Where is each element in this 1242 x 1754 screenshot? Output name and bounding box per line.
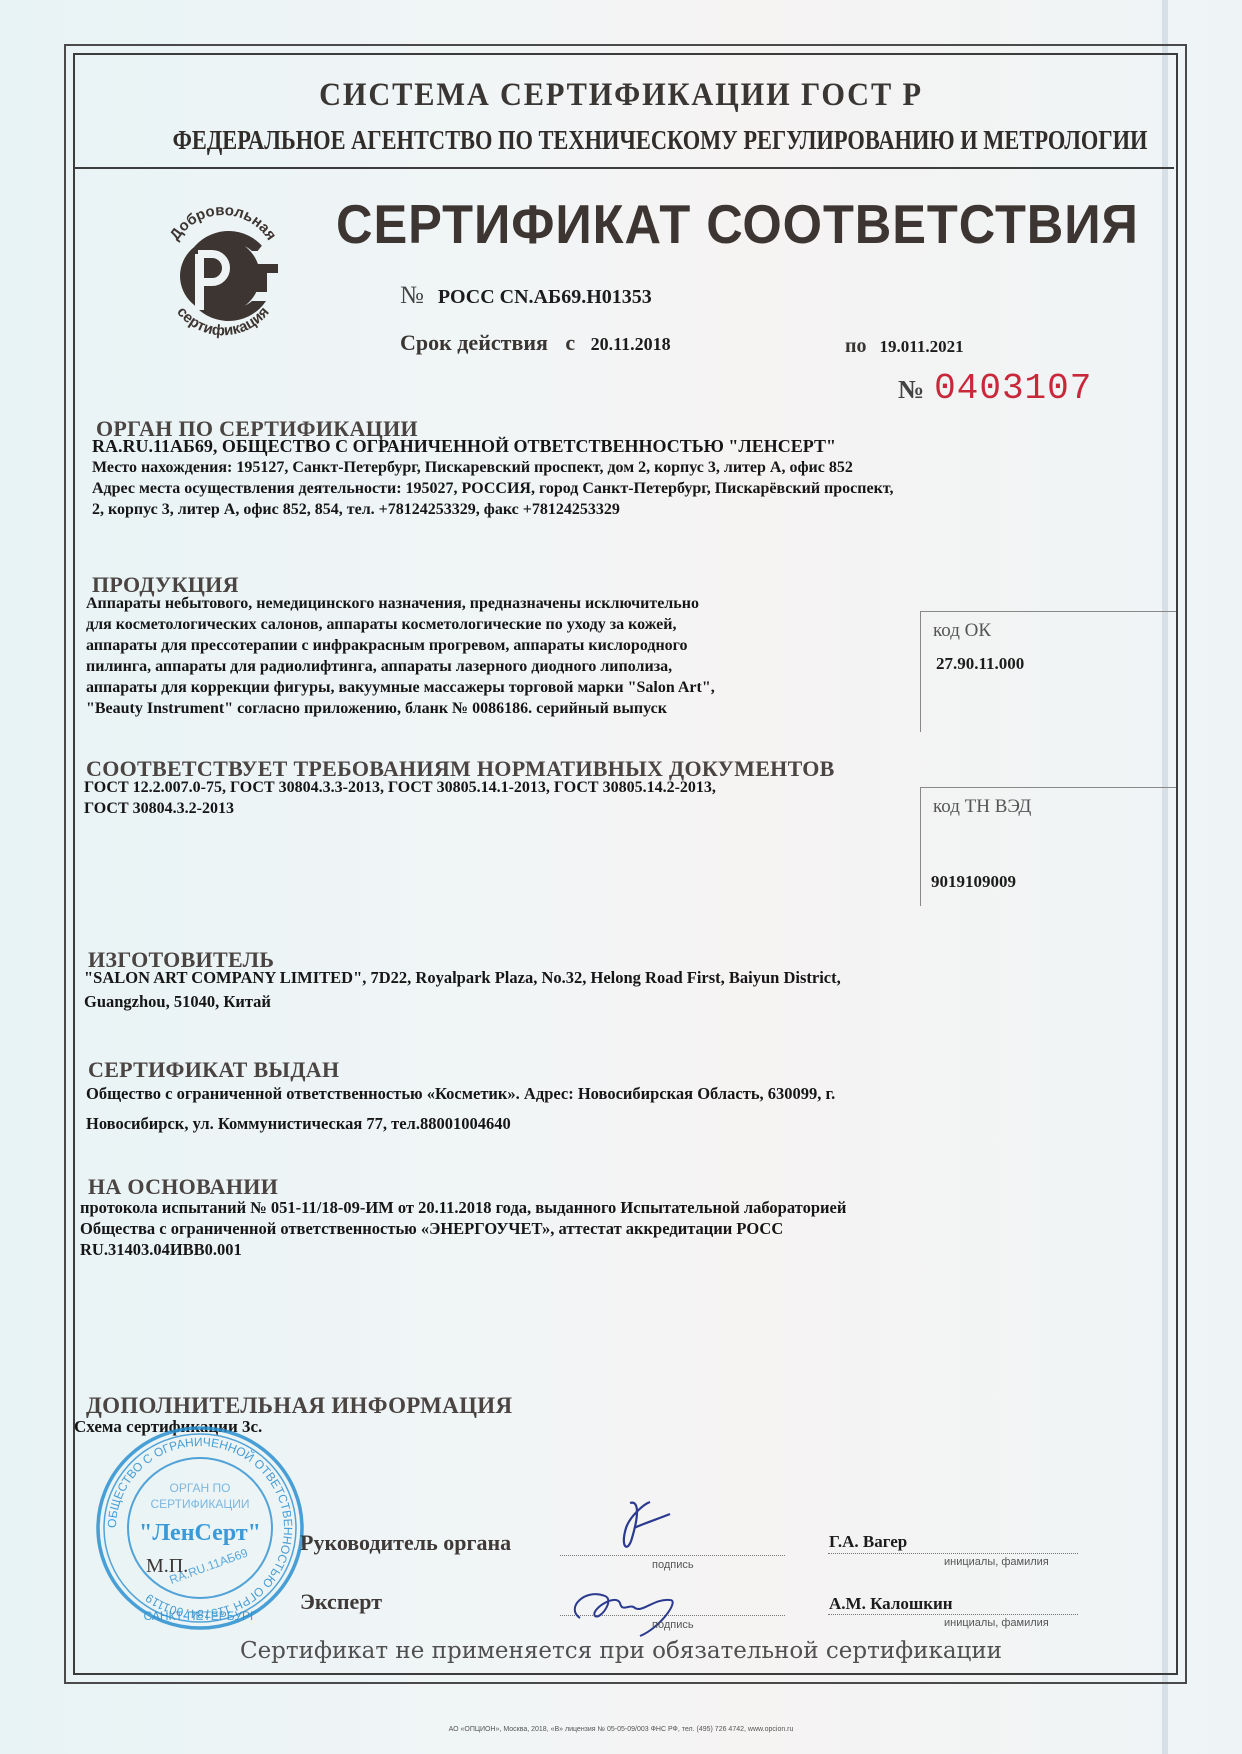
standards-line: ГОСТ 30804.3.2-2013 <box>84 798 924 819</box>
number-sign: № <box>898 375 924 404</box>
products-line: пилинга, аппараты для радиолифтинга, апп… <box>86 656 906 677</box>
ok-code-value: 27.90.11.000 <box>936 654 1176 674</box>
products-line: аппараты для коррекции фигуры, вакуумные… <box>86 677 906 698</box>
products-line: "Beauty Instrument" согласно приложению,… <box>86 698 906 719</box>
basis-line: RU.31403.04ИВВ0.001 <box>80 1239 1080 1260</box>
head-name: Г.А. Вагер <box>829 1532 907 1552</box>
blank-number: №0403107 <box>898 368 1092 409</box>
head-signature-icon <box>600 1498 690 1558</box>
manufacturer-line: Guangzhou, 51040, Китай <box>84 990 1084 1014</box>
to-label: по <box>845 335 867 357</box>
certification-body-line: Место нахождения: 195127, Санкт-Петербур… <box>92 457 1172 478</box>
printer-imprint: АО «ОПЦИОН», Москва, 2018, «В» лицензия … <box>0 1726 1242 1733</box>
certification-body-line: RA.RU.11АБ69, ОБЩЕСТВО С ОГРАНИЧЕННОЙ ОТ… <box>92 436 1172 457</box>
ok-code-box: код ОК 27.90.11.000 <box>920 611 1176 732</box>
registration-number-value: РОСС CN.АБ69.Н01353 <box>438 286 652 308</box>
rst-logo-icon: Добровольная сертификация <box>148 196 298 346</box>
certification-body-line: 2, корпус 3, литер А, офис 852, 854, тел… <box>92 499 1172 520</box>
products-line: Аппараты небытового, немедицинского назн… <box>86 593 906 614</box>
issued-to-text: Общество с ограниченной ответственностью… <box>86 1079 1086 1139</box>
certificate-title: СЕРТИФИКАТ СООТВЕТСТВИЯ <box>336 192 1139 256</box>
manufacturer-text: "SALON ART COMPANY LIMITED", 7D22, Royal… <box>84 966 1084 1014</box>
head-signature-caption: подпись <box>652 1559 694 1571</box>
blank-number-value: 0403107 <box>934 368 1092 409</box>
issued-to-line: Общество с ограниченной ответственностью… <box>86 1079 1086 1109</box>
svg-text:ОРГАН ПО: ОРГАН ПО <box>170 1481 231 1495</box>
manufacturer-line: "SALON ART COMPANY LIMITED", 7D22, Royal… <box>84 966 1084 990</box>
standards-text: ГОСТ 12.2.007.0-75, ГОСТ 30804.3.3-2013,… <box>84 777 924 819</box>
products-line: для косметологических салонов, аппараты … <box>86 614 906 635</box>
expert-name: А.М. Калошкин <box>829 1594 953 1614</box>
registration-number: №РОСС CN.АБ69.Н01353 <box>400 282 652 310</box>
head-role-label: Руководитель органа <box>300 1530 511 1556</box>
valid-from-date: 20.11.2018 <box>591 334 671 354</box>
issued-to-line: Новосибирск, ул. Коммунистическая 77, те… <box>86 1109 1086 1139</box>
agency-title: ФЕДЕРАЛЬНОЕ АГЕНТСТВО ПО ТЕХНИЧЕСКОМУ РЕ… <box>173 125 1078 156</box>
validity-to: по 19.011.2021 <box>845 335 964 358</box>
lencert-stamp-icon: ОБЩЕСТВО С ОГРАНИЧЕННОЙ ОТВЕТСТВЕННОСТЬЮ… <box>90 1420 310 1635</box>
certification-body-text: RA.RU.11АБ69, ОБЩЕСТВО С ОГРАНИЧЕННОЙ ОТ… <box>92 436 1172 520</box>
expert-signature-caption: подпись <box>652 1619 694 1631</box>
tnved-code-label: код ТН ВЭД <box>933 796 1176 818</box>
head-name-caption: инициалы, фамилия <box>944 1556 1049 1568</box>
ok-code-label: код ОК <box>933 620 1176 642</box>
tnved-code-value: 9019109009 <box>931 872 1176 892</box>
disclaimer: Сертификат не применяется при обязательн… <box>0 1638 1242 1664</box>
number-sign: № <box>400 282 424 309</box>
header-divider <box>75 167 1174 169</box>
expert-name-caption: инициалы, фамилия <box>944 1617 1049 1629</box>
expert-name-line <box>828 1614 1078 1615</box>
products-text: Аппараты небытового, немедицинского назн… <box>86 593 906 719</box>
basis-line: Общества с ограниченной ответственностью… <box>80 1218 1080 1239</box>
validity-label: Срок действия <box>400 330 548 355</box>
head-name-line <box>828 1553 1078 1554</box>
svg-text:СЕРТИФИКАЦИИ: СЕРТИФИКАЦИИ <box>151 1497 250 1511</box>
tnved-code-box: код ТН ВЭД 9019109009 <box>920 787 1176 906</box>
products-line: аппараты для прессотерапии с инфракрасны… <box>86 635 906 656</box>
certification-body-line: Адрес места осуществления деятельности: … <box>92 478 1172 499</box>
standards-line: ГОСТ 12.2.007.0-75, ГОСТ 30804.3.3-2013,… <box>84 777 924 798</box>
expert-role-label: Эксперт <box>300 1589 382 1615</box>
svg-text:"ЛенСерт": "ЛенСерт" <box>139 1520 261 1546</box>
valid-to-date: 19.011.2021 <box>880 337 964 356</box>
basis-text: протокола испытаний № 051-11/18-09-ИМ от… <box>80 1197 1080 1260</box>
svg-text:САНКТ-ПЕТЕРБУРГ: САНКТ-ПЕТЕРБУРГ <box>143 1609 257 1623</box>
validity-from: Срок действия с 20.11.2018 <box>400 330 671 356</box>
basis-line: протокола испытаний № 051-11/18-09-ИМ от… <box>80 1197 1080 1218</box>
from-label: с <box>565 330 575 355</box>
seal-mark: М.П. <box>146 1555 188 1578</box>
system-title: СИСТЕМА СЕРТИФИКАЦИИ ГОСТ Р <box>50 77 1193 114</box>
